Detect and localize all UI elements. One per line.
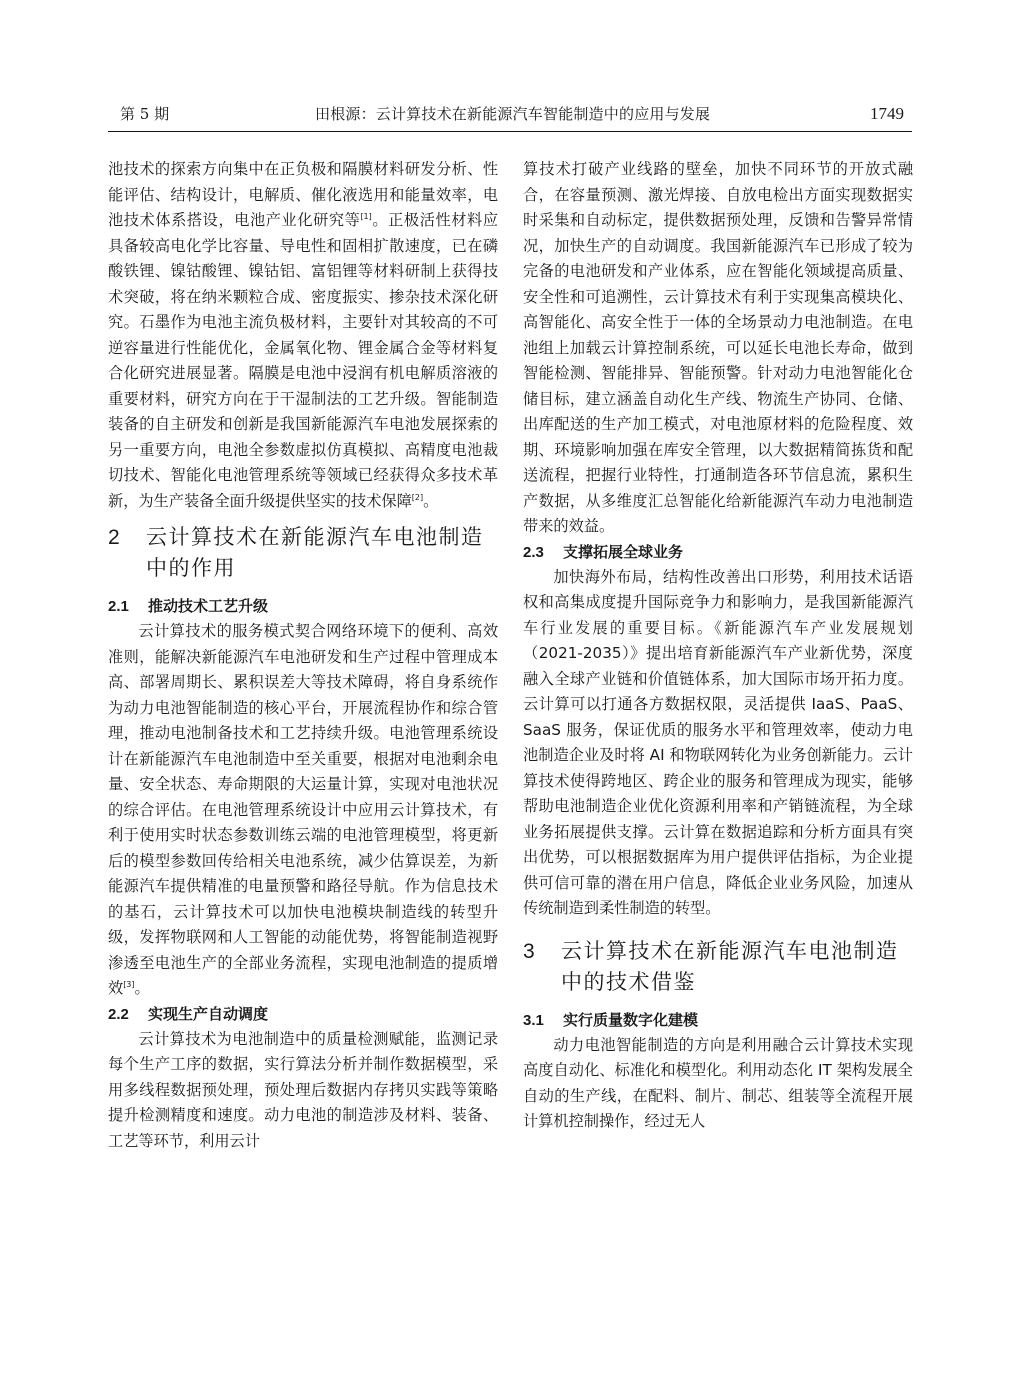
- running-header: 第 5 期 田根源：云计算技术在新能源汽车智能制造中的应用与发展 1749: [108, 100, 912, 132]
- paragraph: 云计算技术为电池制造中的质量检测赋能，监测记录每个生产工序的数据，实行算法分析并…: [108, 1027, 498, 1155]
- paragraph: 加快海外布局，结构性改善出口形势，利用技术话语权和高集成度提升国际竞争力和影响力…: [523, 565, 913, 922]
- section-heading-3: 3 云计算技术在新能源汽车电池制造中的技术借鉴: [523, 936, 913, 998]
- citation[interactable]: [1]: [360, 212, 371, 221]
- subsection-heading-3-1: 3.1 实行质量数字化建模: [523, 1008, 913, 1033]
- citation[interactable]: [2]: [412, 493, 423, 502]
- paragraph: 动力电池智能制造的方向是利用融合云计算技术实现高度自动化、标准化和模型化。利用动…: [523, 1033, 913, 1135]
- subsection-heading-2-2: 2.2 实现生产自动调度: [108, 1002, 498, 1027]
- subsection-heading-2-1: 2.1 推动技术工艺升级: [108, 594, 498, 619]
- page-number: 1749: [870, 104, 904, 124]
- subsection-heading-2-3: 2.3 支撑拓展全球业务: [523, 540, 913, 565]
- left-column: 池技术的探索方向集中在正负极和隔膜材料研发分析、性能评估、结构设计，电解质、催化…: [108, 157, 498, 1154]
- paragraph: 云计算技术的服务模式契合网络环境下的便利、高效准则，能解决新能源汽车电池研发和生…: [108, 619, 498, 1002]
- running-title: 田根源：云计算技术在新能源汽车智能制造中的应用与发展: [315, 103, 710, 124]
- citation[interactable]: [3]: [123, 980, 134, 989]
- section-heading-2: 2 云计算技术在新能源汽车电池制造中的作用: [108, 522, 498, 584]
- paragraph: 算技术打破产业线路的壁垒，加快不同环节的开放式融合，在容量预测、激光焊接、自放电…: [523, 157, 913, 540]
- paragraph: 池技术的探索方向集中在正负极和隔膜材料研发分析、性能评估、结构设计，电解质、催化…: [108, 157, 498, 514]
- issue-number: 第 5 期: [120, 103, 169, 124]
- right-column: 算技术打破产业线路的壁垒，加快不同环节的开放式融合，在容量预测、激光焊接、自放电…: [523, 157, 913, 1135]
